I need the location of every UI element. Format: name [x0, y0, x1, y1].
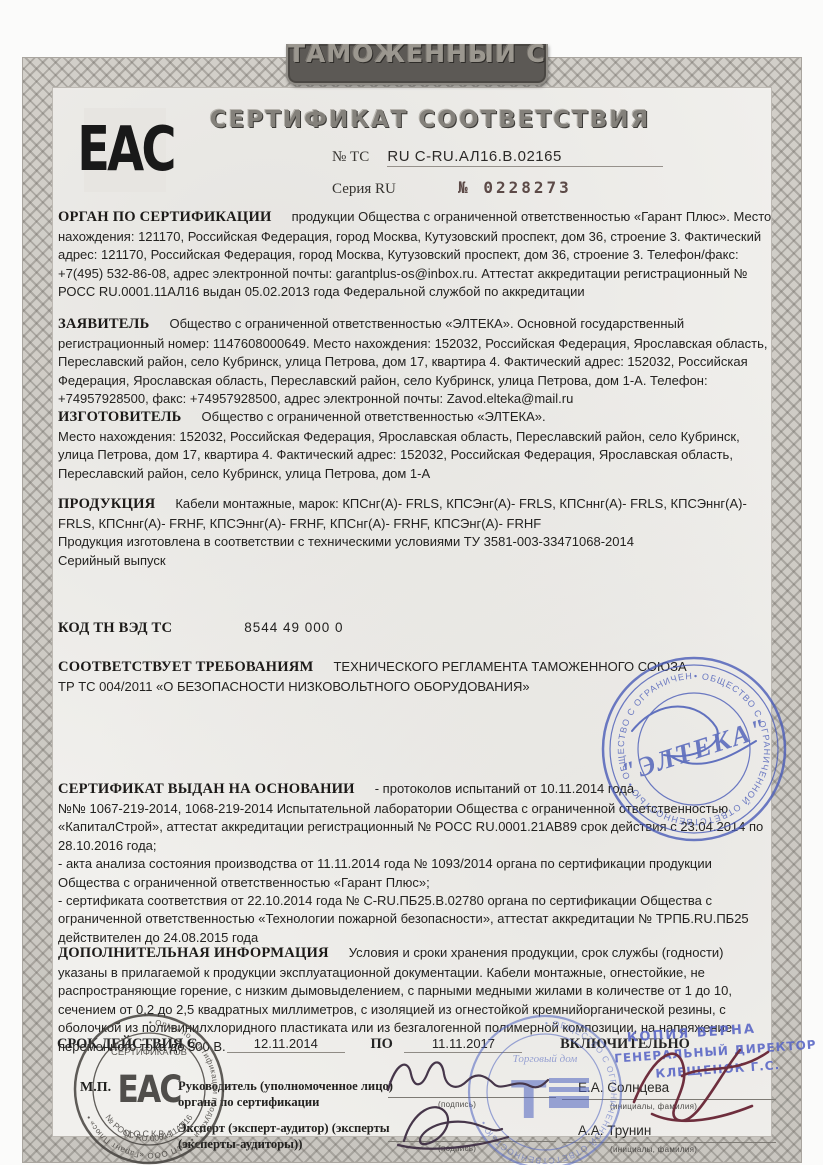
customs-union-banner: ТАМОЖЕННЫЙ СОЮЗ	[286, 44, 548, 85]
trade-stamp-logo-bar	[549, 1087, 589, 1092]
applicant-text: Общество с ограниченной ответственностью…	[58, 316, 768, 406]
section-certification-body: ОРГАН ПО СЕРТИФИКАЦИИпродукции Общества …	[58, 207, 772, 302]
products-text: Кабели монтажные, марок: КПСнг(А)- FRLS,…	[58, 496, 747, 568]
certification-body-heading: ОРГАН ПО СЕРТИФИКАЦИИ	[58, 209, 272, 225]
validity-from-date: 12.11.2014	[227, 1036, 345, 1053]
certification-stamp-eac-text: ЕАС	[117, 1069, 181, 1112]
section-manufacturer: ИЗГОТОВИТЕЛЬОбщество с ограниченной отве…	[58, 407, 772, 483]
page-title: СЕРТИФИКАТ СООТВЕТСТВИЯ	[150, 107, 710, 133]
products-heading: ПРОДУКЦИЯ	[58, 496, 155, 512]
expert-handwritten-signature	[390, 1095, 520, 1150]
section-products: ПРОДУКЦИЯКабели монтажные, марок: КПСнг(…	[58, 494, 772, 570]
additional-info-heading: ДОПОЛНИТЕЛЬНАЯ ИНФОРМАЦИЯ	[58, 945, 329, 961]
certificate-number-value: RU C-RU.АЛ16.В.02165	[387, 148, 663, 167]
tn-ved-code: 8544 49 000 0	[244, 620, 343, 635]
trade-stamp-logo-bar	[549, 1096, 589, 1108]
elteka-stamp-center-text: "ЭЛТЕКА"	[617, 712, 771, 788]
elteka-round-stamp: • ОБЩЕСТВО С ОГРАНИЧЕННОЙ ОТВЕТСТВЕННОСТ…	[598, 653, 790, 845]
series-row: Серия RU № 0228273	[332, 178, 572, 198]
series-label: Серия RU	[332, 181, 396, 197]
trade-stamp-logo-bar	[549, 1078, 589, 1083]
applicant-heading: ЗАЯВИТЕЛЬ	[58, 316, 149, 332]
certification-stamp-top-text: СЕРТИФИКАТОВ	[111, 1047, 187, 1058]
certificate-number-label: № ТС	[332, 149, 369, 165]
series-number: № 0228273	[458, 178, 572, 197]
issued-on-heading: СЕРТИФИКАТ ВЫДАН НА ОСНОВАНИИ	[58, 781, 355, 797]
manufacturer-heading: ИЗГОТОВИТЕЛЬ	[58, 409, 182, 425]
complies-heading: СООТВЕТСТВУЕТ ТРЕБОВАНИЯМ	[58, 659, 313, 675]
director-handwritten-signature	[622, 1018, 782, 1138]
banner-text: ТАМОЖЕННЫЙ СОЮЗ	[288, 44, 548, 68]
certification-body-stamp: • Орган по сертификации продукции • ОСП …	[70, 1010, 228, 1165]
certificate-page: ТАМОЖЕННЫЙ СОЮЗ ЕАС СЕРТИФИКАТ СООТВЕТСТ…	[0, 0, 823, 1165]
section-applicant: ЗАЯВИТЕЛЬОбщество с ограниченной ответст…	[58, 314, 772, 409]
certification-stamp-city: МОСКВА	[124, 1129, 174, 1139]
certificate-number-row: № ТС RU C-RU.АЛ16.В.02165	[332, 148, 663, 167]
section-tn-ved: КОД ТН ВЭД ТС8544 49 000 0	[58, 618, 772, 639]
tn-ved-heading: КОД ТН ВЭД ТС	[58, 620, 172, 636]
